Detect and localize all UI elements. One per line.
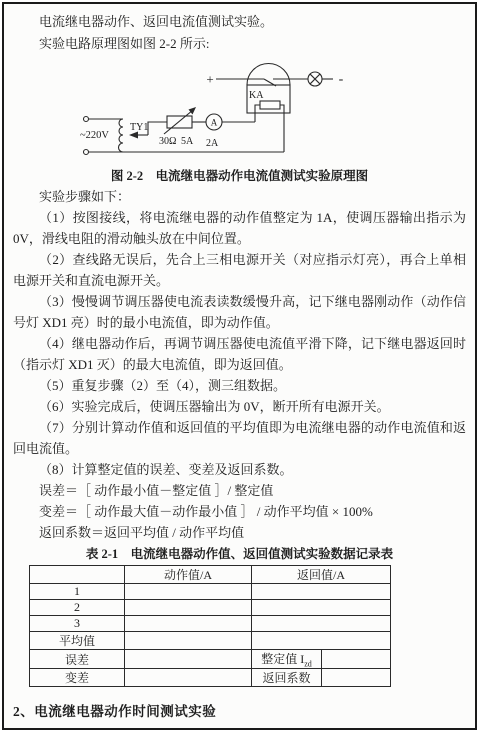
data-record-table: 动作值/A 返回值/A 1 2 3 平均值 误差 整定值 Izd [29, 565, 391, 687]
formula-block: 误差＝［ 动作最小值－整定值 ］/ 整定值 变差＝［ 动作最大值－动作最小值 ］… [39, 480, 466, 543]
row-label: 平均值 [30, 632, 125, 650]
intro-line-2: 实验电路原理图如图 2-2 所示: [13, 33, 466, 55]
action-value-cell [125, 600, 252, 616]
variac-label: TY1 [130, 122, 148, 133]
minus-label: - [339, 72, 344, 87]
lamp-cross [310, 74, 320, 84]
step-paragraph: （7）分别计算动作值和返回值的平均值即为电流继电器的动作电流值和返回电流值。 [13, 417, 466, 459]
variation-formula: 变差＝［ 动作最大值－动作最小值 ］ / 动作平均值 × 100% [39, 501, 466, 522]
step-paragraph: （3）慢慢调节调压器使电流表读数缓慢升高，记下继电器刚动作（动作信号灯 XD1 … [13, 291, 466, 333]
step-paragraph: （1）按图接线，将电流继电器的动作值整定为 1A，使调压器输出指示为 0V，滑线… [13, 207, 466, 249]
rheostat-arrow [164, 110, 193, 134]
error-value-cell [125, 650, 252, 669]
step-paragraph: （8）计算整定值的误差、变差及返回系数。 [13, 459, 466, 480]
return-coef-cell [322, 669, 391, 687]
rheostat-amp-label: 5A [181, 136, 194, 147]
table-row: 3 [30, 616, 391, 632]
intro-line-1: 电流继电器动作、返回电流值测试实验。 [13, 11, 466, 33]
rheostat-ohm-label: 30Ω [159, 136, 176, 147]
rheostat-body [167, 116, 192, 128]
row-label: 变差 [30, 669, 125, 687]
signal-lamp [308, 72, 322, 86]
ammeter-letter: A [211, 118, 218, 128]
figure-caption: 图 2-2 电流继电器动作电流值测试实验原理图 [13, 167, 466, 186]
step-paragraph: （4）继电器动作后，再调节调压器使电流值平滑下降，记下继电器返回时（指示灯 XD… [13, 333, 466, 375]
table-row-variation: 变差 返回系数 [30, 669, 391, 687]
setting-value-cell [322, 650, 391, 669]
action-value-header: 动作值/A [125, 566, 252, 584]
return-coefficient-formula: 返回系数＝返回平均值 / 动作平均值 [39, 522, 466, 543]
row-label: 2 [30, 600, 125, 616]
return-value-cell [252, 632, 391, 650]
relay-coil [260, 101, 280, 109]
return-coef-label: 返回系数 [252, 669, 322, 687]
steps-title: 实验步骤如下： [13, 186, 466, 207]
table-title: 表 2-1 电流继电器动作值、返回值测试实验数据记录表 [13, 545, 466, 563]
table-header-row: 动作值/A 返回值/A [30, 566, 391, 584]
ac-source: ~220V [80, 117, 109, 155]
action-value-cell [125, 616, 252, 632]
wire [280, 105, 284, 152]
ammeter: A 2A [206, 114, 222, 149]
return-value-cell [252, 616, 391, 632]
error-formula: 误差＝［ 动作最小值－整定值 ］/ 整定值 [39, 480, 466, 501]
step-paragraph: （6）实验完成后，使调压器输出为 0V，断开所有电源开关。 [13, 396, 466, 417]
table-row: 2 [30, 600, 391, 616]
step-paragraph: （2）查线路无误后，先合上三相电源开关（对应指示灯亮），再合上单相电源开关和直流… [13, 249, 466, 291]
terminal-icon [84, 150, 89, 155]
table-row-error: 误差 整定值 Izd [30, 650, 391, 669]
table-row: 1 [30, 584, 391, 600]
experiment-steps: 实验步骤如下： （1）按图接线，将电流继电器的动作值整定为 1A，使调压器输出指… [13, 186, 466, 480]
section-heading: 2、电流继电器动作时间测试实验 [13, 703, 466, 721]
return-value-header: 返回值/A [252, 566, 391, 584]
row-label: 1 [30, 584, 125, 600]
plus-label: + [206, 72, 213, 87]
relay-label: KA [249, 90, 264, 101]
document-page: 电流继电器动作、返回电流值测试实验。 实验电路原理图如图 2-2 所示: ~22… [2, 2, 477, 730]
return-value-cell [252, 584, 391, 600]
corner-cell [30, 566, 125, 584]
variac: TY1 [119, 119, 149, 152]
return-value-cell [252, 600, 391, 616]
action-value-cell [125, 632, 252, 650]
row-label: 误差 [30, 650, 125, 669]
circuit-diagram: ~220V TY1 30Ω 5A [11, 55, 472, 167]
step-paragraph: （5）重复步骤（2）至（4），测三组数据。 [13, 375, 466, 396]
ammeter-range-label: 2A [206, 138, 219, 149]
row-label: 3 [30, 616, 125, 632]
variation-value-cell [125, 669, 252, 687]
table-row: 平均值 [30, 632, 391, 650]
variac-coil [119, 119, 124, 152]
setting-value-label: 整定值 Izd [252, 650, 322, 669]
source-voltage-label: ~220V [80, 130, 109, 141]
action-value-cell [125, 584, 252, 600]
terminal-icon [84, 117, 89, 122]
wire [148, 122, 167, 135]
rheostat: 30Ω 5A [159, 107, 196, 147]
setting-value-subscript: zd [304, 659, 312, 668]
